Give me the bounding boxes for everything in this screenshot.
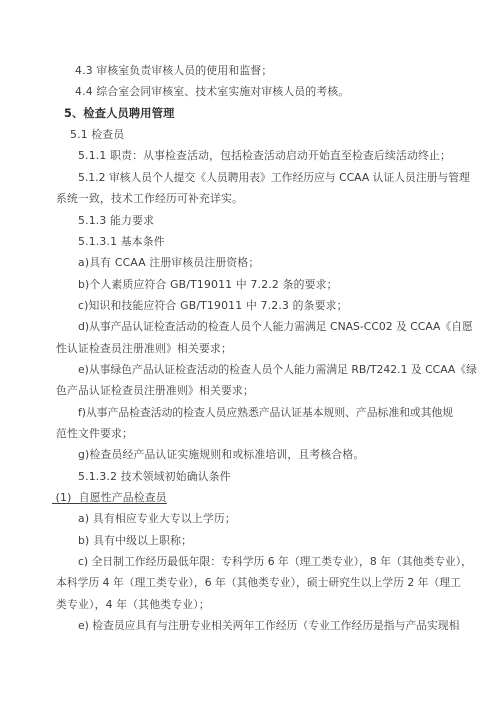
text-line: 性认证检查员注册准则》相关要求；: [56, 338, 232, 359]
text-line: d)从事产品认证检查活动的检查人员个人能力需满足 CNAS-CC02 及 CCA…: [78, 316, 448, 337]
text-line: 色产品认证检查员注册准则》相关要求；: [56, 380, 254, 401]
text-line: a) 具有相应专业大专以上学历；: [78, 508, 236, 529]
section-heading: 5、检查人员聘用管理: [64, 103, 174, 124]
text-line: f)从事产品检查活动的检查人员应熟悉产品认证基本规则、产品标准和或其他规: [78, 402, 448, 423]
text-line: 5.1.3.1 基本条件: [78, 231, 165, 252]
text-line: 4.3 审核室负责审核人员的使用和监督；: [75, 60, 272, 81]
text-line: e)从事绿色产品认证检查活动的检查人员个人能力需满足 RB/T242.1 及 C…: [78, 359, 448, 380]
text-line: c)知识和技能应符合 GB/T19011 中 7.2.3 的条要求；: [78, 295, 348, 316]
text-line: 类专业），4 年（其他类专业）；: [56, 594, 210, 615]
text-line: 5.1.3.2 技术领域初始确认条件: [78, 466, 231, 487]
text-line: 系统一致，技术工作经历可补充详实。: [56, 188, 243, 209]
text-line: 本科学历 4 年（理工类专业），6 年（其他类专业），硕士研究生以上学历 2 年…: [56, 572, 448, 593]
text-line: c) 全日制工作经历最低年限：专科学历 6 年（理工类专业），8 年（其他类专业…: [78, 551, 448, 572]
text-line: 4.4 综合室会同审核室、技术室实施对审核人员的考核。: [75, 81, 349, 102]
text-line: 5.1.1 职责：从事检查活动，包括检查活动启动开始直至检查后续活动终止；: [78, 145, 451, 166]
text-line: b) 具有中级以上职称；: [78, 530, 192, 551]
text-line: 范性文件要求；: [56, 423, 133, 444]
text-line: e) 检查员应具有与注册专业相关两年工作经历（专业工作经历是指与产品实现相: [78, 615, 448, 636]
text-line: b)个人素质应符合 GB/T19011 中 7.2.2 条的要求；: [78, 274, 338, 295]
text-line: 5.1 检查员: [70, 124, 124, 145]
underlined-subheading: (1) 自愿性产品检查员: [52, 487, 167, 508]
text-line: 5.1.2 审核人员个人提交《人员聘用表》工作经历应与 CCAA 认证人员注册与…: [78, 167, 448, 188]
document-page: 4.3 审核室负责审核人员的使用和监督；4.4 综合室会同审核室、技术室实施对审…: [0, 0, 500, 707]
text-line: g)检查员经产品认证实施规则和或标准培训，且考核合格。: [78, 444, 364, 465]
text-line: a)具有 CCAA 注册审核员注册资格；: [78, 252, 259, 273]
text-line: 5.1.3 能力要求: [78, 210, 154, 231]
